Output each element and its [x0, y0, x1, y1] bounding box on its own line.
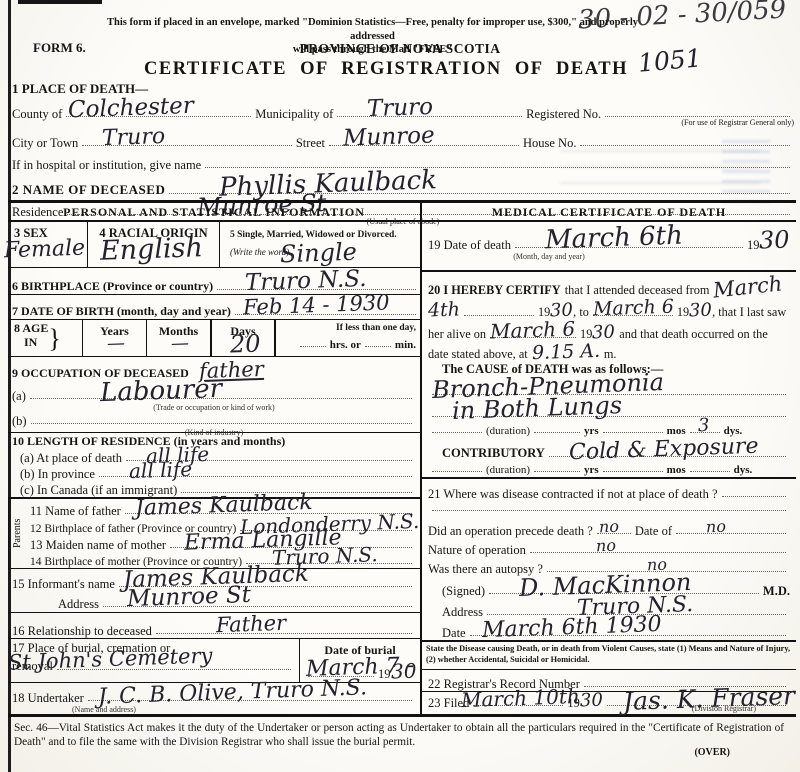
question-21-block: 21 Where was disease contracted if not a… [422, 479, 796, 519]
date-of-death-row: 19 Date of death March 6th 19 30 (Month,… [422, 222, 796, 272]
burial-place-cell: 17 Place of burial, cremation or removal… [8, 639, 300, 682]
operation-answer-value: no [599, 519, 619, 536]
handwritten-cert-number: 1051 [637, 45, 703, 75]
filed-year-value: 30 [580, 692, 604, 711]
nature-field: no [530, 550, 786, 553]
less-than-day-label: If less than one day, [280, 323, 416, 333]
cause-line2-field: in Both Lungs [432, 414, 786, 417]
county-value: Colchester [68, 95, 194, 122]
contrib-dys-label: dys. [734, 464, 753, 476]
registered-no-label: Registered No. [526, 107, 601, 121]
dur-f1 [534, 430, 580, 433]
informant-address-field: Munroe St [103, 604, 412, 607]
death-occurred-text: and that death occurred on the [619, 327, 768, 342]
personal-section: PERSONAL AND STATISTICAL INFORMATION 3 S… [8, 203, 422, 714]
to-field: March 6 [593, 313, 673, 316]
q21-field-1 [722, 494, 786, 497]
medical-section-heading: MEDICAL CERTIFICATE OF DEATH [422, 203, 796, 222]
cdur-f1 [534, 469, 580, 472]
residence-b-value: all life [129, 459, 193, 481]
date-of-death-field: March 6th [515, 245, 743, 248]
md-label: M.D. [763, 584, 790, 598]
birthplace-field: Truro N.S. [217, 287, 416, 290]
cause-of-death-block: The CAUSE of DEATH was as follows:— Bron… [422, 362, 796, 437]
cdur-f3 [690, 469, 730, 472]
hospital-label: If in hospital or institution, give name [12, 158, 201, 172]
operation-question: Did an operation precede death ? [428, 524, 593, 538]
m-label: m. [604, 347, 617, 362]
city-row: City or Town Truro Street Munroe House N… [12, 127, 794, 150]
hospital-field [205, 165, 790, 168]
municipality-value: Truro [367, 96, 434, 121]
min-field [365, 344, 391, 347]
alive-field: March 6 [490, 335, 576, 338]
age-months-value: — [171, 335, 190, 354]
attended-from-day: 4th [428, 301, 461, 321]
racial-origin-value: English [100, 234, 204, 265]
over-label: (OVER) [694, 747, 730, 758]
house-no-label: House No. [523, 136, 576, 150]
cause-mos-label: mos [667, 425, 686, 437]
undertaker-value: J. C. B. Olive, Truro N.S. [98, 677, 368, 708]
city-label: City or Town [12, 136, 78, 150]
informant-block: 15 Informant's name James Kaulback Addre… [8, 569, 420, 613]
signature-date-label: Date [428, 626, 466, 640]
hrs-label: hrs. or [330, 339, 361, 351]
length-of-residence-row: 10 LENGTH OF RESIDENCE (in years and mon… [8, 433, 420, 499]
dob-row: 7 DATE OF BIRTH (month, day and year) Fe… [8, 295, 420, 320]
operation-date-value: no [706, 519, 726, 536]
dob-field: Feb 14 - 1930 [235, 312, 416, 315]
county-label: County of [12, 107, 62, 121]
cdur-f2 [603, 469, 663, 472]
informant-name-label: 15 Informant's name [12, 577, 115, 591]
signature-date-field: March 6th 1930 [470, 633, 786, 636]
dur-f3: 3 [690, 430, 720, 433]
to-label: , to [573, 305, 589, 320]
parents-block: Parents 11 Name of father James Kaulback… [8, 499, 420, 569]
question-21-label: 21 Where was disease contracted if not a… [428, 487, 718, 501]
violent-causes-note: State the Disease causing Death, or in d… [422, 642, 796, 670]
signature-block: (Signed) D. MacKinnon M.D. Address Truro… [422, 576, 796, 642]
place-of-death-heading: 1 PLACE OF DEATH— [12, 81, 794, 96]
physician-address-label: Address [428, 605, 483, 619]
age-days-cell: Days 20 [210, 320, 276, 356]
scanned-death-certificate: 30 - 02 - 30/059 This form if placed in … [0, 0, 800, 772]
contributory-block: CONTRIBUTORY Cold & Exposure (duration) … [422, 437, 796, 479]
hrs-field [300, 344, 326, 347]
cause-yrs-label: yrs [584, 425, 599, 437]
registrar-signature-field: Jas. K. Fraser [607, 703, 786, 706]
dod-year-printed: 19 [747, 238, 760, 252]
birthplace-label: 6 BIRTHPLACE (Province or country) [12, 280, 213, 294]
scan-edge-mark [18, 0, 102, 4]
sex-cell: 3 SEX Female [8, 222, 88, 267]
undertaker-row: 18 Undertaker J. C. B. Olive, Truro N.S.… [8, 683, 420, 714]
contributory-field: Cold & Exposure [549, 454, 786, 457]
sec46-note: Sec. 46—Vital Statistics Act makes it th… [14, 721, 784, 749]
certify-paragraph: 20 I HEREBY CERTIFY that I attended dece… [422, 272, 796, 362]
age-days-value: 20 [230, 332, 261, 357]
operation-date-label: Date of [635, 524, 672, 538]
residence-b-field: all life [99, 474, 412, 477]
age-brace-glyph: } [48, 322, 60, 356]
registrar-signature-value: Jas. K. Fraser [622, 683, 795, 714]
residence-b-label: (b) In province [20, 467, 95, 481]
cause-line2-value: in Both Lungs [452, 393, 623, 423]
cause-days-value: 3 [697, 416, 709, 434]
contrib-mos-label: mos [667, 464, 686, 476]
registered-no-field [605, 114, 790, 117]
sex-value: Female [4, 237, 86, 262]
signature-date-value: March 6th 1930 [481, 614, 661, 642]
age-years-cell: Years — [82, 320, 146, 356]
occupation-row: 9 OCCUPATION OF DECEASED father (a) Labo… [8, 357, 420, 433]
contributory-label: CONTRIBUTORY [428, 446, 545, 460]
municipality-label: Municipality of [255, 107, 333, 121]
relationship-row: 16 Relationship to deceased Father [8, 613, 420, 639]
marital-value: Single [280, 239, 358, 266]
to-year-value: 30 [689, 302, 713, 321]
street-value: Munroe [343, 124, 435, 150]
her-alive-text: her alive on [428, 327, 486, 342]
house-no-field [580, 143, 790, 146]
min-label: min. [395, 339, 416, 351]
deceased-name-row: 2 NAME OF DECEASED Phyllis Kaulback [12, 172, 794, 198]
age-row: 8 AGE IN } Years — Months — Days 20 [8, 320, 420, 357]
operation-block: Did an operation precede death ? no Date… [422, 519, 796, 576]
date-of-death-value: March 6th [545, 223, 684, 254]
date-stated-text: date stated above, at [428, 347, 528, 362]
dur-lead-field [432, 430, 482, 433]
occupation-b-label: (b) [12, 414, 27, 428]
filed-date-field: March 10th [473, 703, 563, 706]
medical-section: MEDICAL CERTIFICATE OF DEATH 19 Date of … [422, 203, 796, 714]
length-of-residence-label: 10 LENGTH OF RESIDENCE (in years and mon… [12, 435, 416, 449]
father-name-label: 11 Name of father [30, 504, 121, 518]
dob-value: Feb 14 - 1930 [243, 292, 390, 318]
burial-year-value: 30 [390, 661, 416, 682]
last-saw-text: , that I last saw [712, 305, 786, 320]
dod-year-value: 30 [759, 227, 790, 252]
residence-a-label: (a) At place of death [20, 451, 122, 465]
form-table: PERSONAL AND STATISTICAL INFORMATION 3 S… [8, 200, 796, 717]
operation-date-field: no [676, 531, 786, 534]
relationship-label: 16 Relationship to deceased [12, 624, 152, 638]
undertaker-label: 18 Undertaker [12, 691, 84, 705]
street-field: Munroe [329, 143, 519, 146]
age-months-cell: Months — [146, 320, 210, 356]
occupation-a-field: Labourer [30, 396, 412, 399]
dob-label: 7 DATE OF BIRTH (month, day and year) [12, 305, 231, 319]
alive-date-value: March 6 [490, 319, 576, 342]
certify-bold-text: 20 I HEREBY CERTIFY [428, 283, 561, 298]
age-years-value: — [107, 335, 126, 354]
nature-value: no [596, 538, 616, 555]
q21-field-2 [432, 508, 786, 511]
father-birthplace-field: Londonderry N.S. [240, 528, 412, 531]
mail-banner-line1: This form if placed in an envelope, mark… [95, 16, 650, 43]
occupation-b-field [31, 421, 412, 424]
mother-name-label: 13 Maiden name of mother [30, 538, 166, 552]
occupation-a-label: (a) [12, 389, 26, 403]
age-label-cell: 8 AGE IN } [8, 320, 82, 356]
attended-to-value: March 6 [593, 298, 674, 320]
sex-race-marital-row: 3 SEX Female 4 RACIAL ORIGIN English 5 S… [8, 222, 420, 268]
marital-cell: 5 Single, Married, Widowed or Divorced. … [220, 222, 420, 267]
father-birthplace-value: Londonderry N.S. [240, 511, 420, 537]
cdur-lead [432, 469, 482, 472]
street-label: Street [296, 136, 325, 150]
contrib-yrs-label: yrs [584, 464, 599, 476]
parents-vertical-label: Parents [8, 499, 26, 568]
undertaker-caption: (Name and address) [12, 705, 416, 714]
birthplace-value: Truro N.S. [245, 268, 367, 295]
racial-origin-cell: 4 RACIAL ORIGIN English [88, 222, 220, 267]
occupation-a-value: Labourer [99, 376, 222, 406]
dod-caption: (Month, day and year) [428, 252, 790, 261]
age-label-line1: 8 AGE [14, 322, 48, 336]
age-label-line2: IN [14, 336, 48, 350]
personal-section-heading: PERSONAL AND STATISTICAL INFORMATION [8, 203, 420, 222]
signed-label: (Signed) [428, 584, 485, 598]
occupation-a-caption: (Trade or occupation or kind of work) [12, 403, 416, 412]
operation-answer-field: no [597, 531, 631, 534]
date-of-death-label: 19 Date of death [428, 238, 511, 252]
relationship-field: Father [156, 631, 412, 634]
city-field: Truro [82, 143, 292, 146]
dur-f2 [603, 430, 663, 433]
less-than-day-cell: If less than one day, hrs. or min. [276, 320, 420, 356]
contributory-value: Cold & Exposure [569, 436, 759, 465]
nature-of-operation-label: Nature of operation [428, 543, 526, 557]
city-value: Truro [102, 126, 166, 150]
cause-duration-label: (duration) [486, 425, 530, 437]
to-year-printed: 19 [677, 305, 689, 320]
death-time-value: 9.15 A. [531, 342, 600, 363]
relationship-value: Father [216, 613, 287, 636]
from-field [464, 313, 534, 316]
informant-address-label: Address [58, 597, 99, 611]
contrib-duration-label: (duration) [486, 464, 530, 476]
deceased-name-label: 2 NAME OF DECEASED [12, 183, 165, 198]
county-field: Colchester [66, 114, 251, 117]
undertaker-field: J. C. B. Olive, Truro N.S. [88, 698, 412, 701]
municipality-field: Truro [337, 114, 522, 117]
informant-address-value: Munroe St [127, 584, 252, 611]
filed-date-value: March 10th [461, 686, 580, 710]
